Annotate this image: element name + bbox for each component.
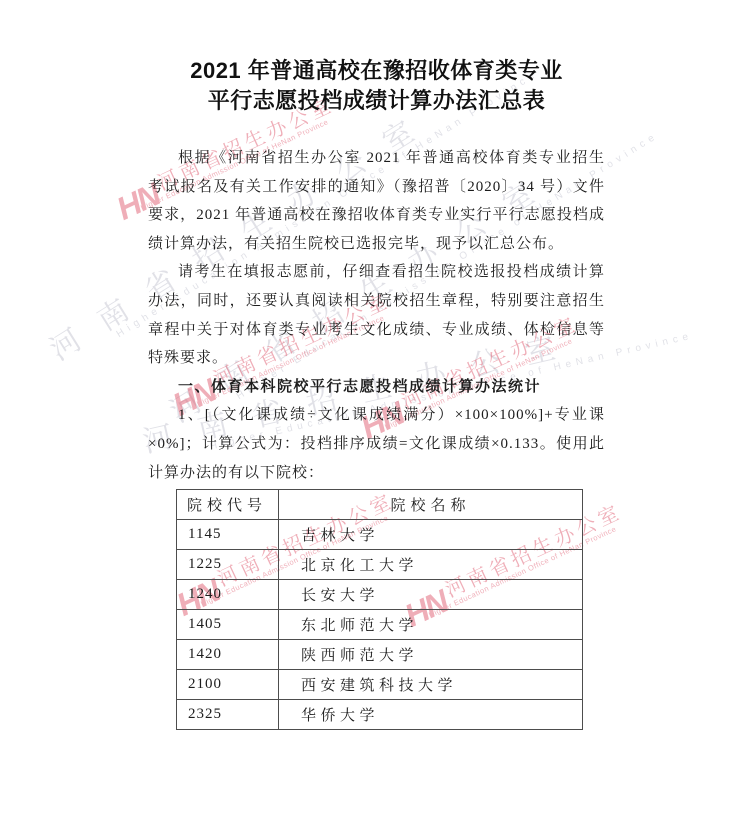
table-row: 1145 吉林大学	[177, 520, 583, 550]
college-name-cell: 北京化工大学	[279, 550, 583, 580]
college-name-cell: 吉林大学	[279, 520, 583, 550]
page-title: 2021 年普通高校在豫招收体育类专业 平行志愿投档成绩计算办法汇总表	[148, 56, 605, 116]
section-heading: 一、体育本科院校平行志愿投档成绩计算办法统计	[148, 373, 605, 402]
title-line-1: 2021 年普通高校在豫招收体育类专业	[148, 56, 605, 86]
college-code-cell: 1420	[177, 640, 279, 670]
college-name-cell: 东北师范大学	[279, 610, 583, 640]
table-row: 2100 西安建筑科技大学	[177, 670, 583, 700]
table-row: 1405 东北师范大学	[177, 610, 583, 640]
table-row: 1420 陕西师范大学	[177, 640, 583, 670]
college-name-cell: 西安建筑科技大学	[279, 670, 583, 700]
college-name-cell: 长安大学	[279, 580, 583, 610]
column-header-college-code: 院校代号	[177, 490, 279, 520]
paragraph-notice: 请考生在填报志愿前，仔细查看招生院校选报投档成绩计算办法，同时，还要认真阅读相关…	[148, 258, 605, 372]
college-code-cell: 2325	[177, 700, 279, 730]
college-name-cell: 华侨大学	[279, 700, 583, 730]
college-code-cell: 1225	[177, 550, 279, 580]
table-row: 1240 长安大学	[177, 580, 583, 610]
document-content: 2021 年普通高校在豫招收体育类专业 平行志愿投档成绩计算办法汇总表 根据《河…	[148, 0, 605, 730]
body-text: 根据《河南省招生办公室 2021 年普通高校体育类专业招生考试报名及有关工作安排…	[148, 144, 605, 487]
college-name-cell: 陕西师范大学	[279, 640, 583, 670]
title-line-2: 平行志愿投档成绩计算办法汇总表	[148, 86, 605, 116]
table-row: 1225 北京化工大学	[177, 550, 583, 580]
document-page: { "document": { "title_line1": "2021 年普通…	[0, 0, 751, 814]
college-table: 院校代号 院校名称 1145 吉林大学 1225 北京化工大学 1240 长安大…	[176, 489, 583, 730]
table-header-row: 院校代号 院校名称	[177, 490, 583, 520]
college-code-cell: 1405	[177, 610, 279, 640]
college-code-cell: 2100	[177, 670, 279, 700]
college-code-cell: 1145	[177, 520, 279, 550]
paragraph-formula: 1、[（文化课成绩÷文化课成绩满分）×100×100%]+专业课×0%]；计算公…	[148, 401, 605, 487]
college-code-cell: 1240	[177, 580, 279, 610]
table-row: 2325 华侨大学	[177, 700, 583, 730]
column-header-college-name: 院校名称	[279, 490, 583, 520]
paragraph-basis: 根据《河南省招生办公室 2021 年普通高校体育类专业招生考试报名及有关工作安排…	[148, 144, 605, 258]
